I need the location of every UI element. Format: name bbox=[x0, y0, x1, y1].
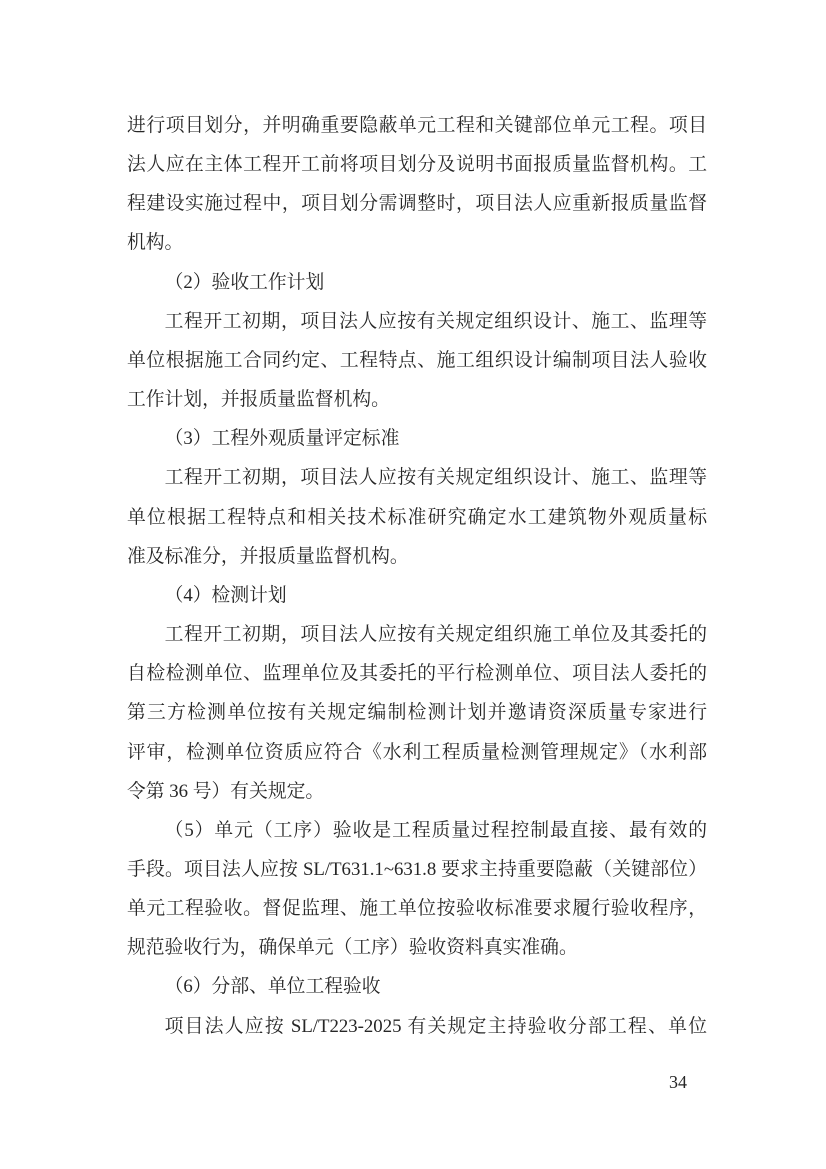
text-line: 工程开工初期，项目法人应按有关规定组织施工单位及其委托的 bbox=[127, 615, 707, 654]
text-line: 机构。 bbox=[127, 223, 707, 262]
text-line: 法人应在主体工程开工前将项目划分及说明书面报质量监督机构。工 bbox=[127, 145, 707, 184]
text-line: 工程开工初期，项目法人应按有关规定组织设计、施工、监理等 bbox=[127, 302, 707, 341]
text-line: 规范验收行为，确保单元（工序）验收资料真实准确。 bbox=[127, 928, 707, 967]
page-number: 34 bbox=[669, 1070, 687, 1094]
body-paragraph: 项目法人应按 SL/T223-2025 有关规定主持验收分部工程、单位 bbox=[127, 1007, 707, 1046]
text-line: 自检检测单位、监理单位及其委托的平行检测单位、项目法人委托的 bbox=[127, 654, 707, 693]
body-paragraph: 进行项目划分，并明确重要隐蔽单元工程和关键部位单元工程。项目法人应在主体工程开工… bbox=[127, 106, 707, 263]
document-page: 进行项目划分，并明确重要隐蔽单元工程和关键部位单元工程。项目法人应在主体工程开工… bbox=[0, 0, 826, 1169]
text-line: 单元工程验收。督促监理、施工单位按验收标准要求履行验收程序， bbox=[127, 889, 707, 928]
text-line: 进行项目划分，并明确重要隐蔽单元工程和关键部位单元工程。项目 bbox=[127, 106, 707, 145]
text-line: 评审，检测单位资质应符合《水利工程质量检测管理规定》（水利部 bbox=[127, 733, 707, 772]
text-line: （4）检测计划 bbox=[127, 576, 707, 615]
text-line: 令第 36 号）有关规定。 bbox=[127, 772, 707, 811]
body-paragraph: （5）单元（工序）验收是工程质量过程控制最直接、最有效的手段。项目法人应按 SL… bbox=[127, 811, 707, 968]
document-body: 进行项目划分，并明确重要隐蔽单元工程和关键部位单元工程。项目法人应在主体工程开工… bbox=[127, 106, 707, 1046]
heading-paragraph: （4）检测计划 bbox=[127, 576, 707, 615]
text-line: 第三方检测单位按有关规定编制检测计划并邀请资深质量专家进行 bbox=[127, 693, 707, 732]
text-line: （3）工程外观质量评定标准 bbox=[127, 419, 707, 458]
text-line: 工程开工初期，项目法人应按有关规定组织设计、施工、监理等 bbox=[127, 458, 707, 497]
text-line: 项目法人应按 SL/T223-2025 有关规定主持验收分部工程、单位 bbox=[127, 1007, 707, 1046]
text-line: 手段。项目法人应按 SL/T631.1~631.8 要求主持重要隐蔽（关键部位） bbox=[127, 850, 707, 889]
heading-paragraph: （2）验收工作计划 bbox=[127, 263, 707, 302]
body-paragraph: 工程开工初期，项目法人应按有关规定组织设计、施工、监理等单位根据施工合同约定、工… bbox=[127, 302, 707, 419]
text-line: 工作计划，并报质量监督机构。 bbox=[127, 380, 707, 419]
text-line: （5）单元（工序）验收是工程质量过程控制最直接、最有效的 bbox=[127, 811, 707, 850]
text-line: 准及标准分，并报质量监督机构。 bbox=[127, 537, 707, 576]
text-line: 单位根据工程特点和相关技术标准研究确定水工建筑物外观质量标 bbox=[127, 498, 707, 537]
text-line: （2）验收工作计划 bbox=[127, 263, 707, 302]
heading-paragraph: （6）分部、单位工程验收 bbox=[127, 967, 707, 1006]
text-line: （6）分部、单位工程验收 bbox=[127, 967, 707, 1006]
body-paragraph: 工程开工初期，项目法人应按有关规定组织设计、施工、监理等单位根据工程特点和相关技… bbox=[127, 458, 707, 575]
heading-paragraph: （3）工程外观质量评定标准 bbox=[127, 419, 707, 458]
body-paragraph: 工程开工初期，项目法人应按有关规定组织施工单位及其委托的自检检测单位、监理单位及… bbox=[127, 615, 707, 811]
text-line: 单位根据施工合同约定、工程特点、施工组织设计编制项目法人验收 bbox=[127, 341, 707, 380]
text-line: 程建设实施过程中，项目划分需调整时，项目法人应重新报质量监督 bbox=[127, 184, 707, 223]
